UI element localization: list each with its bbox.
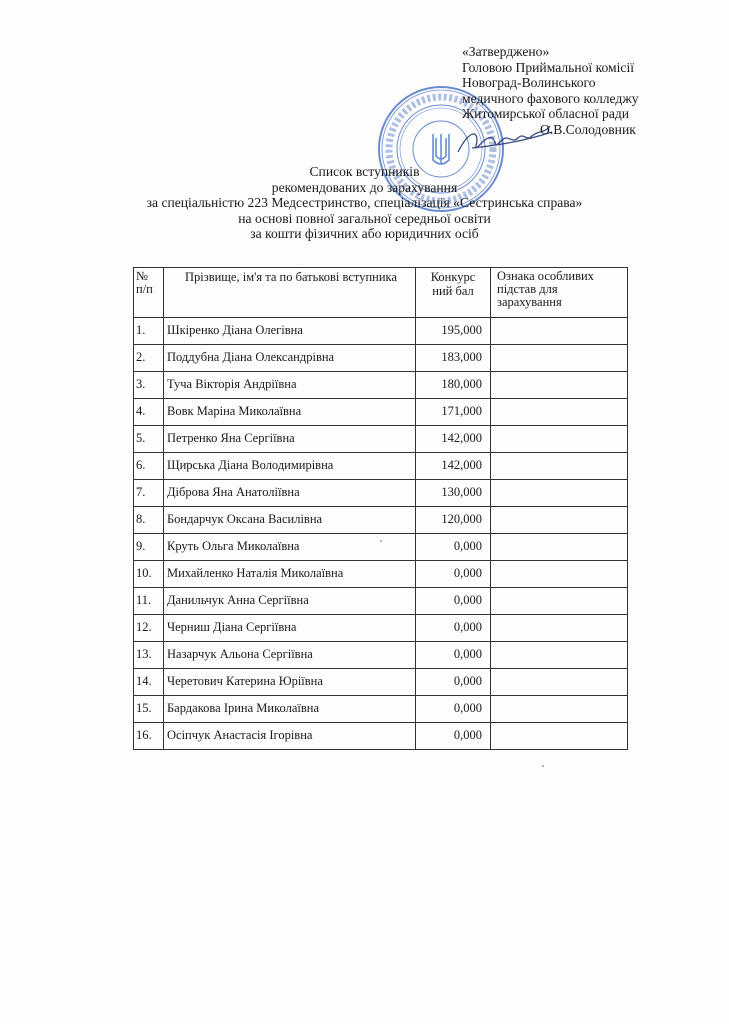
header-score: Конкурс ний бал [416, 268, 491, 318]
applicant-name: Осіпчук Анастасія Ігорівна [167, 723, 415, 743]
row-number: 14. [136, 669, 163, 689]
competition-score-cell: 0,000 [416, 534, 491, 561]
competition-score: 0,000 [416, 534, 482, 554]
row-number-cell: 3. [134, 372, 164, 399]
special-grounds-cell [491, 372, 628, 399]
special-grounds-cell [491, 615, 628, 642]
special-grounds-cell [491, 588, 628, 615]
competition-score: 0,000 [416, 696, 482, 716]
applicant-name: Бондарчук Оксана Василівна [167, 507, 415, 527]
applicant-name-cell: Діброва Яна Анатоліївна [164, 480, 416, 507]
competition-score: 180,000 [416, 372, 482, 392]
row-number-cell: 2. [134, 345, 164, 372]
applicant-name-cell: Черниш Діана Сергіївна [164, 615, 416, 642]
approval-line: Житомирської обласної ради [462, 106, 639, 122]
table-row: 10.Михайленко Наталія Миколаївна0,000 [134, 561, 628, 588]
competition-score-cell: 0,000 [416, 615, 491, 642]
special-grounds [491, 534, 627, 539]
row-number: 11. [136, 588, 163, 608]
competition-score-cell: 0,000 [416, 561, 491, 588]
competition-score: 0,000 [416, 642, 482, 662]
table-row: 13.Назарчук Альона Сергіївна0,000 [134, 642, 628, 669]
applicant-name-cell: Осіпчук Анастасія Ігорівна [164, 723, 416, 750]
competition-score-cell: 142,000 [416, 453, 491, 480]
row-number-cell: 6. [134, 453, 164, 480]
table-row: 15.Бардакова Ірина Миколаївна0,000 [134, 696, 628, 723]
applicant-name-cell: Туча Вікторія Андріївна [164, 372, 416, 399]
applicant-name-cell: Бондарчук Оксана Василівна [164, 507, 416, 534]
table-row: 12.Черниш Діана Сергіївна0,000 [134, 615, 628, 642]
signatory-line: О.В.Солодовник [462, 122, 639, 138]
row-number: 16. [136, 723, 163, 743]
applicant-name: Вовк Маріна Миколаївна [167, 399, 415, 419]
applicants-table: № п/п Прізвище, ім'я та по батькові всту… [133, 267, 628, 750]
approval-block: «Затверджено» Головою Приймальної комісі… [462, 44, 639, 138]
header-name: Прізвище, ім'я та по батькові вступника [164, 268, 416, 318]
table-row: 6.Щирська Діана Володимирівна142,000 [134, 453, 628, 480]
special-grounds [491, 507, 627, 512]
competition-score: 183,000 [416, 345, 482, 365]
row-number: 4. [136, 399, 163, 419]
competition-score: 0,000 [416, 588, 482, 608]
applicant-name-cell: Поддубна Діана Олександрівна [164, 345, 416, 372]
row-number: 2. [136, 345, 163, 365]
row-number-cell: 15. [134, 696, 164, 723]
applicant-name-cell: Данильчук Анна Сергіївна [164, 588, 416, 615]
row-number-cell: 9. [134, 534, 164, 561]
special-grounds [491, 723, 627, 728]
table-row: 4.Вовк Маріна Миколаївна171,000 [134, 399, 628, 426]
applicant-name-cell: Михайленко Наталія Миколаївна [164, 561, 416, 588]
applicant-name-cell: Круть Ольга Миколаївна [164, 534, 416, 561]
special-grounds-cell [491, 318, 628, 345]
table-row: 1.Шкіренко Діана Олегівна195,000 [134, 318, 628, 345]
document-heading: Список вступників рекомендованих до зара… [0, 164, 729, 242]
competition-score-cell: 195,000 [416, 318, 491, 345]
competition-score: 0,000 [416, 615, 482, 635]
special-grounds-cell [491, 480, 628, 507]
table-header-row: № п/п Прізвище, ім'я та по батькові всту… [134, 268, 628, 318]
applicant-name: Черниш Діана Сергіївна [167, 615, 415, 635]
special-grounds [491, 669, 627, 674]
applicant-name-cell: Шкіренко Діана Олегівна [164, 318, 416, 345]
scan-speck [380, 540, 382, 542]
heading-title: Список вступників [0, 164, 729, 180]
special-grounds-cell [491, 345, 628, 372]
competition-score: 0,000 [416, 561, 482, 581]
row-number: 3. [136, 372, 163, 392]
applicant-name-cell: Черетович Катерина Юріївна [164, 669, 416, 696]
special-grounds [491, 588, 627, 593]
applicant-name: Туча Вікторія Андріївна [167, 372, 415, 392]
table-row: 2.Поддубна Діана Олександрівна183,000 [134, 345, 628, 372]
applicant-name-cell: Щирська Діана Володимирівна [164, 453, 416, 480]
special-grounds-cell [491, 453, 628, 480]
competition-score: 0,000 [416, 669, 482, 689]
heading-line: на основі повної загальної середньої осв… [0, 211, 729, 227]
signatory-name: О.В.Солодовник [540, 122, 636, 138]
scan-speck [542, 765, 544, 767]
row-number-cell: 8. [134, 507, 164, 534]
table-row: 14.Черетович Катерина Юріївна0,000 [134, 669, 628, 696]
competition-score: 171,000 [416, 399, 482, 419]
applicant-name: Діброва Яна Анатоліївна [167, 480, 415, 500]
row-number: 15. [136, 696, 163, 716]
applicant-name-cell: Вовк Маріна Миколаївна [164, 399, 416, 426]
competition-score-cell: 142,000 [416, 426, 491, 453]
heading-line: рекомендованих до зарахування [0, 180, 729, 196]
competition-score-cell: 0,000 [416, 588, 491, 615]
special-grounds-cell [491, 723, 628, 750]
row-number-cell: 10. [134, 561, 164, 588]
special-grounds-cell [491, 534, 628, 561]
special-grounds [491, 318, 627, 323]
row-number-cell: 7. [134, 480, 164, 507]
approval-line: «Затверджено» [462, 44, 639, 60]
special-grounds-cell [491, 669, 628, 696]
special-grounds [491, 642, 627, 647]
table-row: 9.Круть Ольга Миколаївна0,000 [134, 534, 628, 561]
row-number: 13. [136, 642, 163, 662]
applicant-name: Михайленко Наталія Миколаївна [167, 561, 415, 581]
approval-line: Головою Приймальної комісії [462, 60, 639, 76]
competition-score: 0,000 [416, 723, 482, 743]
special-grounds [491, 453, 627, 458]
special-grounds [491, 696, 627, 701]
competition-score: 142,000 [416, 453, 482, 473]
approval-line: медичного фахового колледжу [462, 91, 639, 107]
applicant-name-cell: Петренко Яна Сергіївна [164, 426, 416, 453]
applicant-name-cell: Назарчук Альона Сергіївна [164, 642, 416, 669]
row-number: 1. [136, 318, 163, 338]
table-row: 3.Туча Вікторія Андріївна180,000 [134, 372, 628, 399]
competition-score-cell: 183,000 [416, 345, 491, 372]
special-grounds [491, 480, 627, 485]
row-number-cell: 1. [134, 318, 164, 345]
applicant-name: Щирська Діана Володимирівна [167, 453, 415, 473]
special-grounds [491, 345, 627, 350]
row-number-cell: 14. [134, 669, 164, 696]
special-grounds-cell [491, 696, 628, 723]
special-grounds-cell [491, 426, 628, 453]
row-number-cell: 11. [134, 588, 164, 615]
row-number-cell: 13. [134, 642, 164, 669]
competition-score-cell: 120,000 [416, 507, 491, 534]
table-row: 11.Данильчук Анна Сергіївна0,000 [134, 588, 628, 615]
special-grounds-cell [491, 642, 628, 669]
competition-score-cell: 171,000 [416, 399, 491, 426]
special-grounds [491, 426, 627, 431]
applicant-name: Бардакова Ірина Миколаївна [167, 696, 415, 716]
competition-score: 120,000 [416, 507, 482, 527]
approval-line: Новоград-Волинського [462, 75, 639, 91]
special-grounds-cell [491, 399, 628, 426]
special-grounds [491, 399, 627, 404]
applicant-name: Поддубна Діана Олександрівна [167, 345, 415, 365]
applicant-name: Круть Ольга Миколаївна [167, 534, 415, 554]
applicant-name-cell: Бардакова Ірина Миколаївна [164, 696, 416, 723]
heading-line: за кошти фізичних або юридичних осіб [0, 226, 729, 242]
row-number-cell: 4. [134, 399, 164, 426]
special-grounds [491, 615, 627, 620]
row-number-cell: 16. [134, 723, 164, 750]
heading-line: за спеціальністю 223 Медсестринство, спе… [0, 195, 729, 211]
competition-score-cell: 180,000 [416, 372, 491, 399]
competition-score-cell: 130,000 [416, 480, 491, 507]
competition-score: 142,000 [416, 426, 482, 446]
row-number: 6. [136, 453, 163, 473]
row-number: 12. [136, 615, 163, 635]
row-number: 5. [136, 426, 163, 446]
special-grounds-cell [491, 507, 628, 534]
competition-score: 195,000 [416, 318, 482, 338]
applicant-name: Петренко Яна Сергіївна [167, 426, 415, 446]
applicant-name: Данильчук Анна Сергіївна [167, 588, 415, 608]
row-number: 7. [136, 480, 163, 500]
table-row: 7.Діброва Яна Анатоліївна130,000 [134, 480, 628, 507]
header-note: Ознака особливих підстав для зарахування [491, 268, 628, 318]
special-grounds-cell [491, 561, 628, 588]
row-number: 10. [136, 561, 163, 581]
applicant-name: Назарчук Альона Сергіївна [167, 642, 415, 662]
competition-score-cell: 0,000 [416, 669, 491, 696]
competition-score: 130,000 [416, 480, 482, 500]
row-number: 9. [136, 534, 163, 554]
header-number: № п/п [134, 268, 164, 318]
table-row: 5.Петренко Яна Сергіївна142,000 [134, 426, 628, 453]
competition-score-cell: 0,000 [416, 696, 491, 723]
special-grounds [491, 372, 627, 377]
applicant-name: Черетович Катерина Юріївна [167, 669, 415, 689]
row-number-cell: 5. [134, 426, 164, 453]
row-number-cell: 12. [134, 615, 164, 642]
competition-score-cell: 0,000 [416, 642, 491, 669]
table-row: 8.Бондарчук Оксана Василівна120,000 [134, 507, 628, 534]
row-number: 8. [136, 507, 163, 527]
special-grounds [491, 561, 627, 566]
table-row: 16.Осіпчук Анастасія Ігорівна0,000 [134, 723, 628, 750]
applicant-name: Шкіренко Діана Олегівна [167, 318, 415, 338]
competition-score-cell: 0,000 [416, 723, 491, 750]
